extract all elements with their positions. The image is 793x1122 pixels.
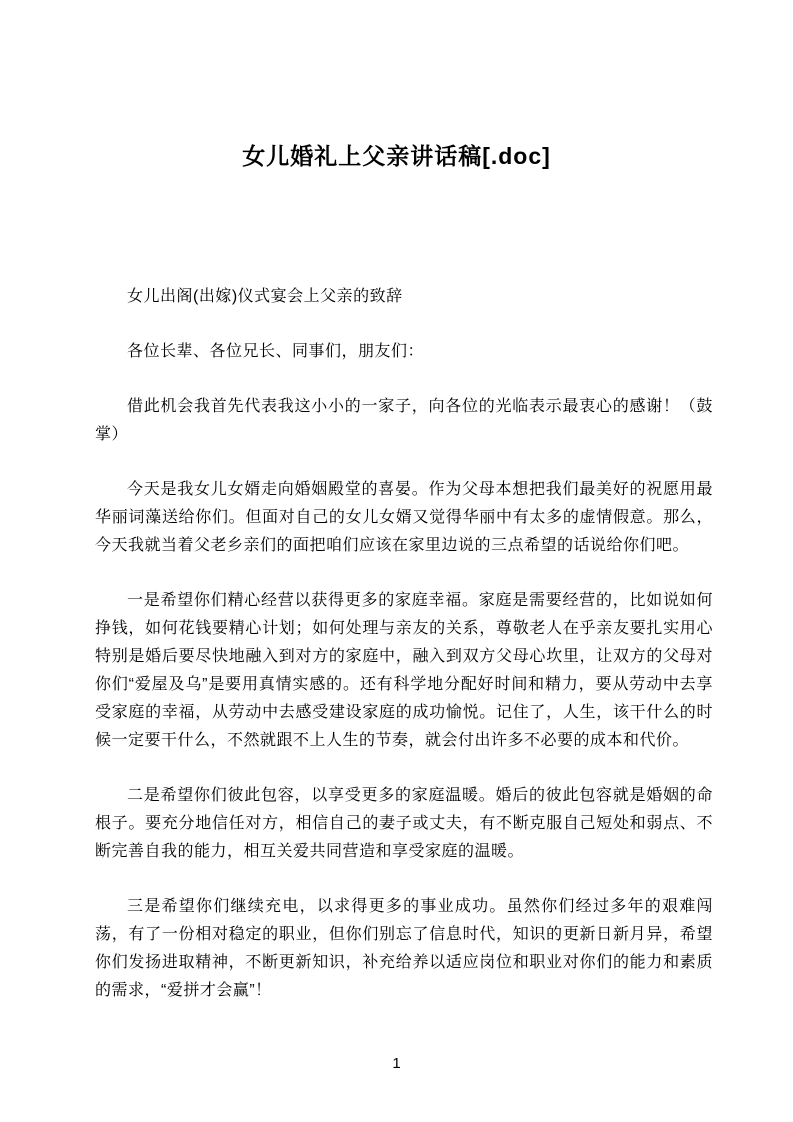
body-paragraph: 一是希望你们精心经营以获得更多的家庭幸福。家庭是需要经营的，比如说如何挣钱，如何… bbox=[95, 587, 713, 755]
body-paragraph: 二是希望你们彼此包容，以享受更多的家庭温暖。婚后的彼此包容就是婚姻的命根子。要充… bbox=[95, 782, 713, 866]
body-paragraph: 三是希望你们继续充电，以求得更多的事业成功。虽然你们经过多年的艰难闯荡，有了一份… bbox=[95, 893, 713, 1005]
document-subtitle: 女儿出阁(出嫁)仪式宴会上父亲的致辞 bbox=[95, 283, 713, 311]
document-body: 女儿出阁(出嫁)仪式宴会上父亲的致辞 各位长辈、各位兄长、同事们，朋友们： 借此… bbox=[95, 283, 713, 1032]
body-paragraph: 借此机会我首先代表我这小小的一家子，向各位的光临表示最衷心的感谢！（鼓掌） bbox=[95, 393, 713, 449]
document-title: 女儿婚礼上父亲讲话稿[.doc] bbox=[0, 138, 793, 171]
salutation-line: 各位长辈、各位兄长、同事们，朋友们： bbox=[95, 338, 713, 366]
page-number: 1 bbox=[0, 1055, 793, 1072]
document-page: 女儿婚礼上父亲讲话稿[.doc] 女儿出阁(出嫁)仪式宴会上父亲的致辞 各位长辈… bbox=[0, 0, 793, 1122]
paragraph-list: 借此机会我首先代表我这小小的一家子，向各位的光临表示最衷心的感谢！（鼓掌）今天是… bbox=[95, 393, 713, 1005]
body-paragraph: 今天是我女儿女婿走向婚姻殿堂的喜晏。作为父母本想把我们最美好的祝愿用最华丽词藻送… bbox=[95, 476, 713, 560]
